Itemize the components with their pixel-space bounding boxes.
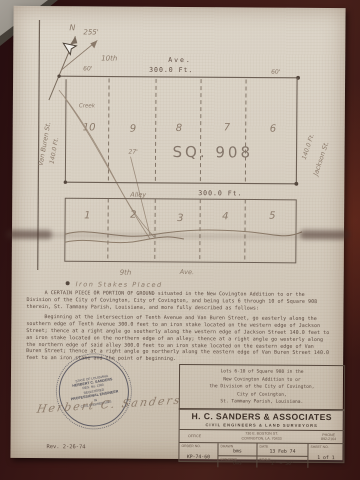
date-value: 13 Feb 74 [257, 449, 307, 456]
date-scale-cell: DATE 13 Feb 74 SCALE 1" = 30' [257, 444, 308, 468]
left-60-label: 60' [83, 65, 93, 72]
creek-line [58, 90, 155, 239]
block-left-edge [65, 79, 66, 182]
order-number: KP-74-60 [179, 448, 217, 467]
scale-value: 1" = 30' [257, 461, 307, 468]
order-cell: ORDER NO. KP-74-60 [179, 443, 218, 467]
sheet-cell: SHEET NO. 1 of 1 [308, 444, 343, 468]
dist-27-label: 27' [129, 149, 139, 156]
plat-drawing: N 255' 10th Ave. 300.0 Ft. 60' 60' [12, 6, 346, 292]
note-line: St. Tammany Parish, Louisiana. [180, 398, 344, 407]
ninth-ave-type: Ave. [179, 268, 194, 276]
company-address: 730 E. BOSTON ST. COVINGTON, LA. 70433 [210, 432, 314, 442]
square-label: SQ. 908 [173, 143, 254, 162]
lot-number: 6 [270, 124, 276, 135]
phone-block: PHONE 892-2164 [314, 433, 344, 441]
lot-number: 9 [130, 124, 136, 135]
iron-stake-dot [294, 182, 298, 186]
block-right-edge [296, 78, 297, 184]
title-block: H. C. SANDERS & ASSOCIATES CIVIL ENGINEE… [178, 408, 344, 463]
tenth-ave-dim: 300.0 Ft. [149, 66, 193, 74]
drawn-checked-cell: DRAWN bms CHECKED bms [218, 443, 257, 467]
lot-number: 5 [269, 211, 275, 222]
lot-number: 7 [224, 122, 231, 133]
legal-description: A CERTAIN PIECE OR PORTION OF GROUND sit… [26, 290, 330, 368]
revision-date: Rev. 2-26-74 [46, 444, 85, 450]
van-buren-dim: 140.0 Ft. [49, 137, 61, 165]
office-label: OFFICE [180, 434, 210, 438]
alley-line [65, 182, 296, 184]
description-para2: Beginning at the intersection of Tenth A… [26, 314, 329, 364]
seal-registered: REGISTERED [83, 388, 104, 396]
ninth-ave-name: 9th [120, 269, 132, 277]
drawn-value: bms [218, 448, 256, 455]
creek-label: Creek [79, 103, 96, 109]
lot-number: 3 [177, 213, 183, 224]
bottom-block [65, 198, 296, 263]
scanned-survey-photo: N 255' 10th Ave. 300.0 Ft. 60' 60' [0, 0, 360, 480]
checked-value: bms [218, 461, 256, 468]
scan-artifact [6, 230, 52, 239]
address-line2: COVINGTON, LA. 70433 [210, 436, 314, 441]
survey-document-paper: N 255' 10th Ave. 300.0 Ft. 60' 60' [10, 6, 345, 460]
phone-number: 892-2164 [314, 437, 344, 441]
jackson-name: Jackson St. [311, 140, 330, 178]
title-block-grid: ORDER NO. KP-74-60 DRAWN bms CHECKED bms [179, 443, 343, 468]
tenth-ave-type: Ave. [168, 56, 192, 64]
iron-stake-dot [64, 181, 67, 184]
address-row: OFFICE 730 E. BOSTON ST. COVINGTON, LA. … [180, 430, 344, 444]
alley-label: Alley [129, 191, 146, 199]
seal-reg-no: REG. No. 1380 [82, 383, 104, 391]
lot-number: 1 [84, 210, 90, 221]
legend-stake-dot [66, 281, 70, 285]
dist-255-label: 255' [83, 28, 98, 36]
property-note-box: Lots 6-10 of Square 908 in the New Covin… [179, 364, 345, 411]
sheet-value: 1 of 1 [308, 449, 343, 468]
tenth-ave-name: 10th [101, 54, 117, 62]
seal-name: HERBERT C. SANDERS [72, 377, 113, 388]
jackson-dim: 140.0 Ft. [301, 133, 316, 161]
scan-artifact [300, 230, 350, 239]
iron-stake-dot [57, 74, 60, 77]
lot-number: 8 [176, 123, 182, 134]
right-60-label: 60' [271, 69, 281, 76]
tenth-ave-line [59, 76, 298, 78]
company-name: H. C. SANDERS & ASSOCIATES [180, 409, 344, 422]
description-para1: A CERTAIN PIECE OR PORTION OF GROUND sit… [26, 290, 329, 313]
lot-number: 2 [130, 210, 136, 221]
legend-label: Iron Stakes Placed [76, 280, 163, 289]
seal-arc-top: STATE OF LOUISIANA [75, 373, 108, 383]
lot-number: 4 [222, 211, 228, 222]
north-label: N [69, 23, 75, 32]
alley-dim: 300.0 Ft. [198, 189, 242, 197]
